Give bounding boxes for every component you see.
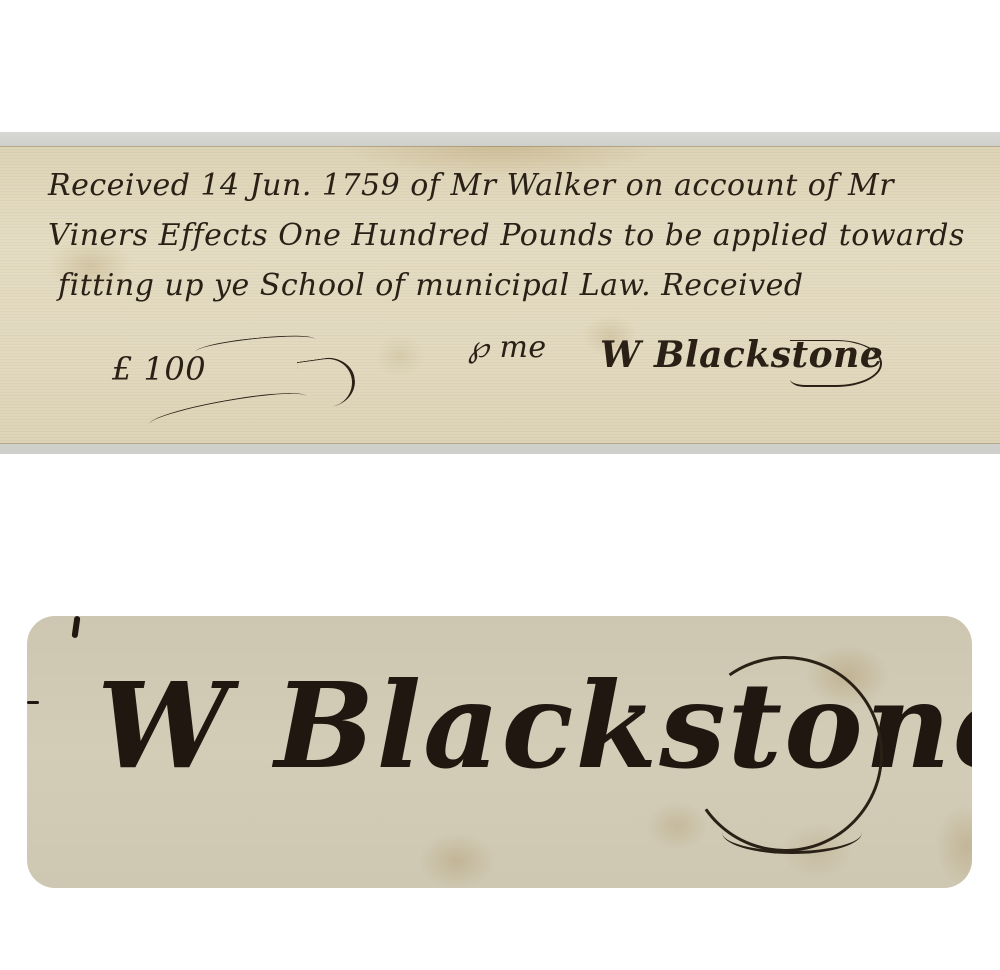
receipt-signature-flourish [790, 340, 882, 387]
receipt-line-1: Received 14 Jun. 1759 of Mr Walker on ac… [48, 168, 894, 203]
receipt-line-2: Viners Effects One Hundred Pounds to be … [48, 218, 965, 253]
ink-stroke-mark [71, 616, 80, 638]
receipt-amount: £ 100 [112, 350, 206, 388]
signature-tail-flourish [722, 811, 862, 854]
receipt-per-me: ℘ me [468, 330, 547, 365]
signature-detail-panel: W Blackstone [27, 616, 972, 888]
ink-stroke-mark [27, 701, 39, 704]
receipt-line-3: fitting up ye School of municipal Law. R… [58, 268, 804, 303]
